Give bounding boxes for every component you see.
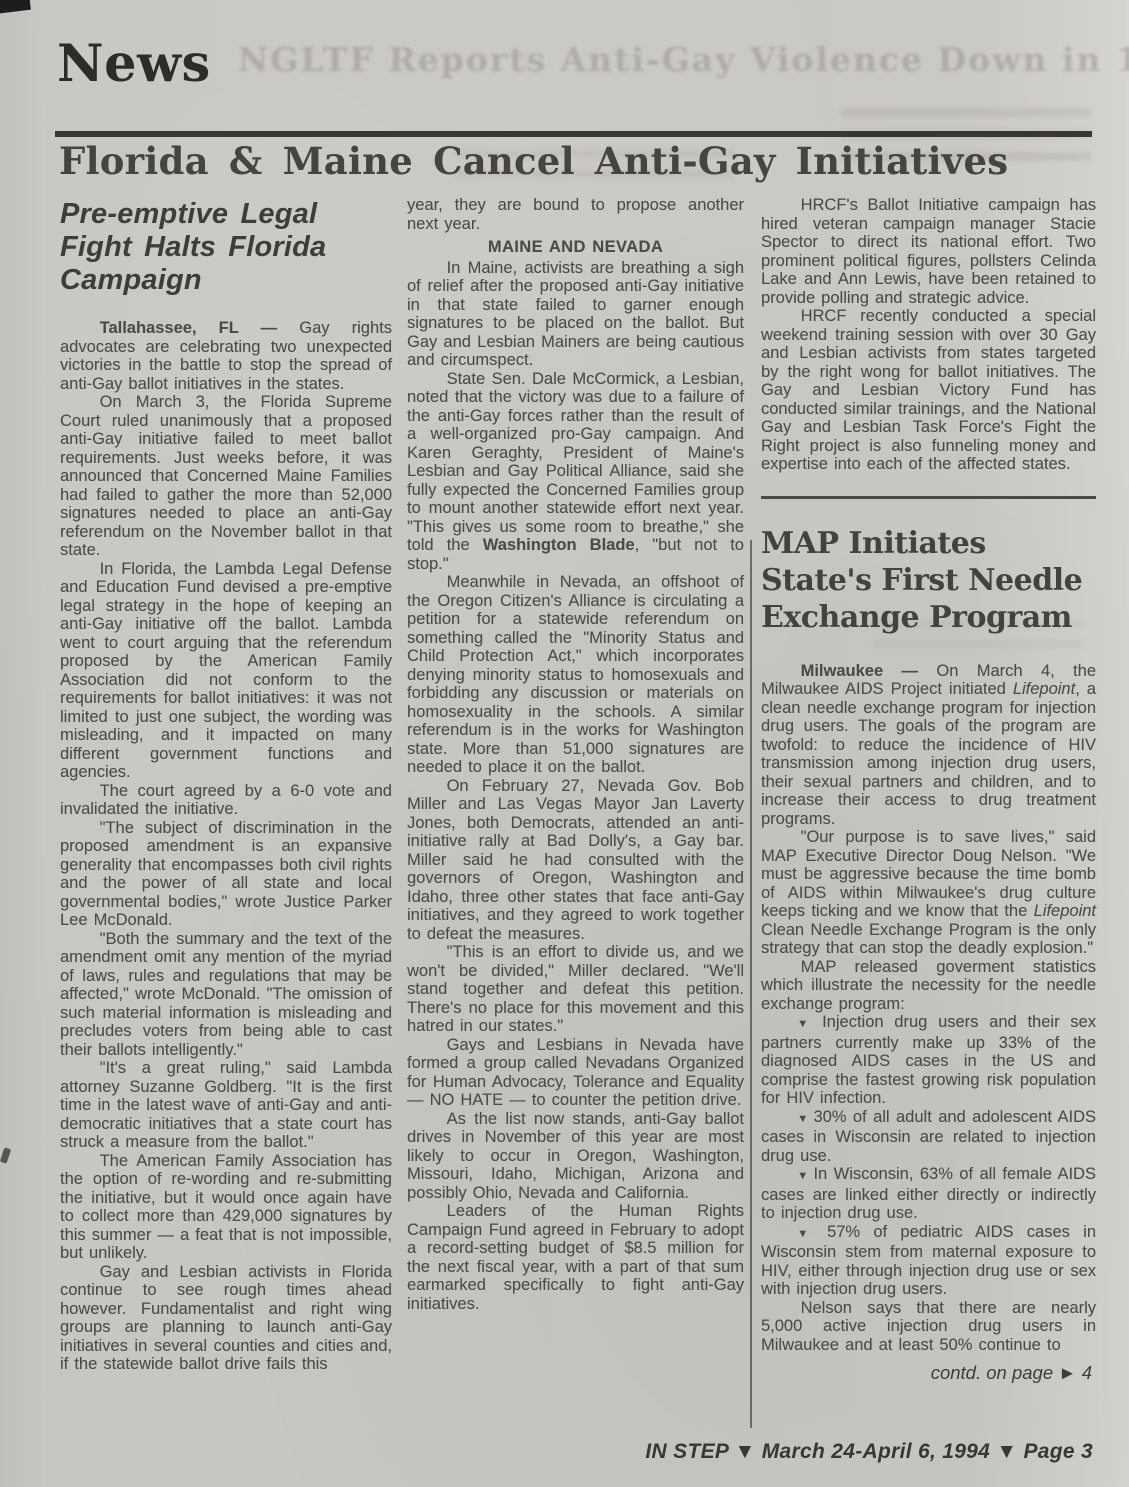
article-paragraph: Leaders of the Human Rights Campaign Fun…	[407, 1202, 744, 1313]
text-run: Milwaukee —	[801, 662, 937, 680]
masthead-rule	[55, 131, 1092, 137]
text-run: State Sen. Dale McCormick, a Lesbian, no…	[407, 370, 744, 555]
section-subhead: MAINE AND NEVADA	[407, 238, 744, 257]
bullet-triangle-icon: ▼	[797, 1113, 813, 1125]
page-footer: IN STEP ▼ March 24-April 6, 1994 ▼ Page …	[645, 1440, 1093, 1464]
bullet-item: ▼ 30% of all adult and adolescent AIDS c…	[761, 1108, 1096, 1166]
column-divider-rule	[750, 540, 752, 1428]
article-paragraph: HRCF recently conducted a special weeken…	[761, 307, 1096, 474]
bullet-item: ▼ Injection drug users and their sex par…	[761, 1013, 1096, 1108]
text-run: In Maine, activists are breathing a sigh…	[407, 259, 744, 370]
article-paragraph: On February 27, Nevada Gov. Bob Miller a…	[407, 777, 744, 944]
article-paragraph: Gay and Lesbian activists in Florida con…	[60, 1263, 392, 1374]
article-map-body: Milwaukee — On March 4, the Milwaukee AI…	[761, 662, 1096, 1355]
continued-notice: contd. on page ► 4	[761, 1362, 1096, 1384]
text-run: Gay and Lesbian activists in Florida con…	[60, 1263, 392, 1374]
article-paragraph: MAP released goverment statistics which …	[761, 958, 1096, 1014]
text-run: "Both the summary and the text of the am…	[60, 930, 392, 1059]
article-paragraph: As the list now stands, anti-Gay ballot …	[407, 1110, 744, 1203]
article-paragraph: In Maine, activists are breathing a sigh…	[407, 259, 744, 370]
text-run: Leaders of the Human Rights Campaign Fun…	[407, 1202, 744, 1313]
article-paragraph: The court agreed by a 6-0 vote and inval…	[60, 782, 392, 819]
text-run: Clean Needle Exchange Program is the onl…	[761, 921, 1096, 958]
article-paragraph: HRCF's Ballot Initiative campaign has hi…	[761, 196, 1096, 307]
article-paragraph: Milwaukee — On March 4, the Milwaukee AI…	[761, 662, 1096, 829]
lead-headline: Florida & Maine Cancel Anti-Gay Initiati…	[59, 139, 1008, 183]
section-masthead: News	[57, 34, 211, 94]
article-paragraph: The American Family Association has the …	[60, 1152, 392, 1263]
text-run: Lifepoint	[1034, 902, 1096, 920]
text-run: In Florida, the Lambda Legal Defense and…	[60, 560, 392, 782]
article-paragraph: "Both the summary and the text of the am…	[60, 930, 392, 1060]
text-run: MAP released goverment statistics which …	[761, 958, 1096, 1013]
scan-corner-mark	[0, 0, 31, 14]
article-florida-column-2: year, they are bound to propose another …	[407, 196, 744, 1313]
text-run: Washington Blade	[483, 536, 635, 554]
scan-edge-mark	[0, 1147, 11, 1163]
article-paragraph: "Our purpose is to save lives," said MAP…	[761, 828, 1096, 958]
article-paragraph: "It's a great ruling," said Lambda attor…	[60, 1059, 392, 1152]
article-paragraph: Nelson says that there are nearly 5,000 …	[761, 1299, 1096, 1355]
text-run: As the list now stands, anti-Gay ballot …	[407, 1110, 744, 1202]
article-florida-column-1: Tallahassee, FL — Gay rights advocates a…	[60, 319, 392, 1374]
bullet-triangle-icon: ▼	[797, 1018, 822, 1030]
text-run: Lifepoint	[1013, 680, 1075, 698]
text-run: "The subject of discrimination in the pr…	[60, 819, 392, 930]
bleed-through-headline: NGLTF Reports Anti-Gay Violence Down in …	[238, 40, 1118, 79]
text-run: MAINE AND NEVADA	[488, 238, 663, 256]
bullet-item: ▼ In Wisconsin, 63% of all female AIDS c…	[761, 1165, 1096, 1223]
article-florida-column-3: HRCF's Ballot Initiative campaign has hi…	[761, 196, 1096, 474]
bullet-item: ▼ 57% of pediatric AIDS cases in Wiscons…	[761, 1223, 1096, 1299]
text-run: Meanwhile in Nevada, an offshoot of the …	[407, 573, 744, 776]
article-paragraph: In Florida, the Lambda Legal Defense and…	[60, 560, 392, 782]
text-run: Gays and Lesbians in Nevada have formed …	[407, 1036, 744, 1110]
article-paragraph: Tallahassee, FL — Gay rights advocates a…	[60, 319, 392, 393]
bullet-triangle-icon: ▼	[797, 1228, 827, 1240]
text-run: year, they are bound to propose another …	[407, 196, 744, 233]
article-paragraph: Meanwhile in Nevada, an offshoot of the …	[407, 573, 744, 777]
column-middle: year, they are bound to propose another …	[407, 196, 744, 1313]
article-map-title: MAP Initiates State's First Needle Excha…	[761, 525, 1096, 636]
text-run: On February 27, Nevada Gov. Bob Miller a…	[407, 777, 744, 943]
bullet-triangle-icon: ▼	[797, 1170, 813, 1182]
article-paragraph: State Sen. Dale McCormick, a Lesbian, no…	[407, 370, 744, 574]
text-run: , a clean needle exchange program for in…	[761, 680, 1096, 828]
newspaper-page: NGLTF Reports Anti-Gay Violence Down in …	[0, 0, 1129, 1487]
text-run: HRCF's Ballot Initiative campaign has hi…	[761, 196, 1096, 307]
article-paragraph: Gays and Lesbians in Nevada have formed …	[407, 1036, 744, 1110]
column-right: HRCF's Ballot Initiative campaign has hi…	[761, 196, 1096, 1384]
text-run: On March 3, the Florida Supreme Court ru…	[60, 393, 392, 559]
article-paragraph: "This is an effort to divide us, and we …	[407, 943, 744, 1036]
article-paragraph: "The subject of discrimination in the pr…	[60, 819, 392, 930]
column-left: Pre-emptive Legal Fight Halts Florida Ca…	[60, 196, 392, 1374]
article-divider-rule	[761, 496, 1096, 499]
text-run: "This is an effort to divide us, and we …	[407, 943, 744, 1035]
text-run: HRCF recently conducted a special weeken…	[761, 307, 1096, 473]
text-run: "It's a great ruling," said Lambda attor…	[60, 1059, 392, 1151]
text-run: The American Family Association has the …	[60, 1152, 392, 1263]
article-paragraph: On March 3, the Florida Supreme Court ru…	[60, 393, 392, 560]
text-run: The court agreed by a 6-0 vote and inval…	[60, 782, 392, 819]
article-paragraph: year, they are bound to propose another …	[407, 196, 744, 233]
article-florida-title: Pre-emptive Legal Fight Halts Florida Ca…	[60, 198, 392, 297]
text-run: Tallahassee, FL —	[100, 319, 300, 337]
text-run: Nelson says that there are nearly 5,000 …	[761, 1299, 1096, 1354]
